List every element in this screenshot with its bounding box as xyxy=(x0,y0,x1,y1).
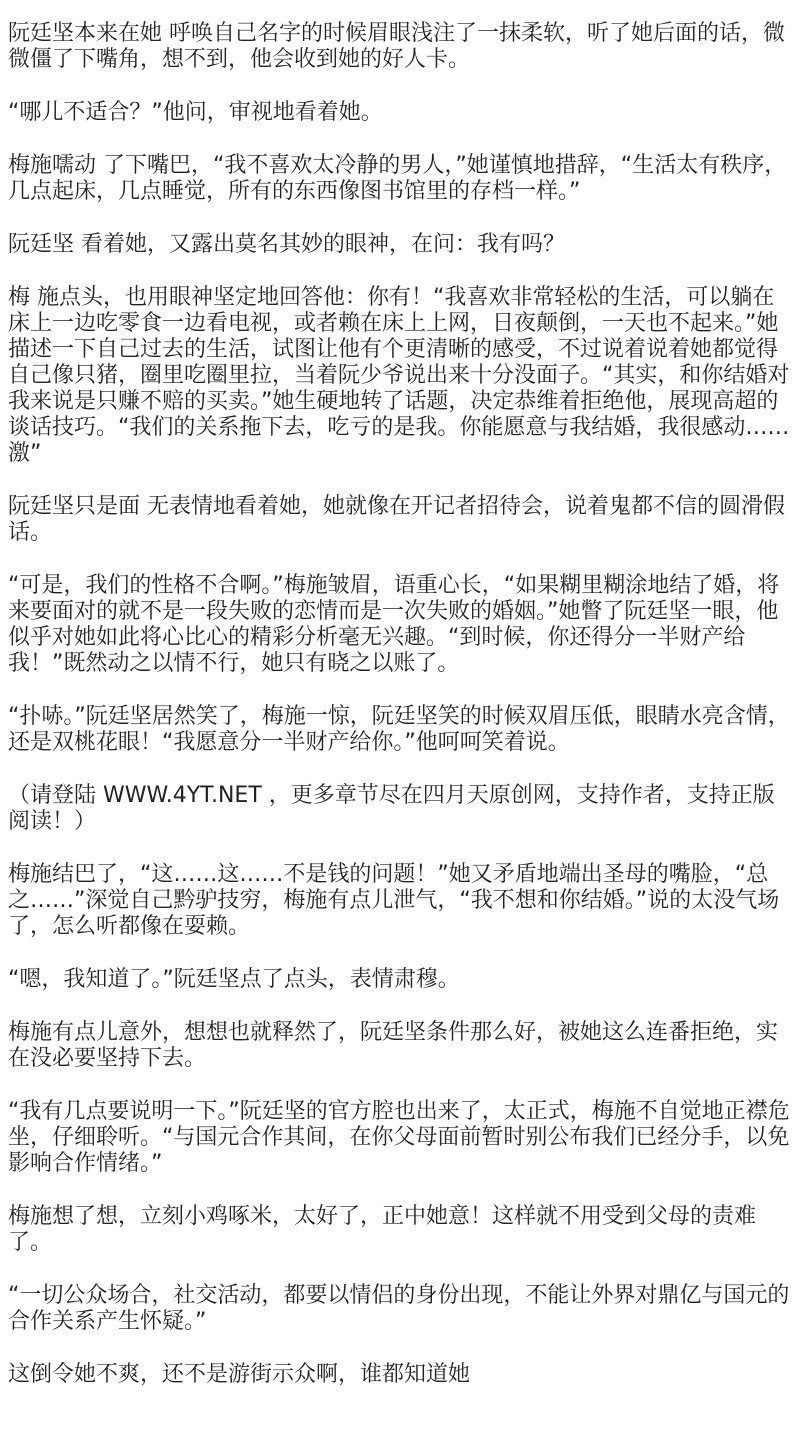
paragraph-4: 阮廷坚 看着她，又露出莫名其妙的眼神，在问：我有吗？ xyxy=(8,232,790,258)
paragraph-5: 梅 施点头，也用眼神坚定地回答他：你有！“我喜欢非常轻松的生活，可以躺在床上一边… xyxy=(8,285,790,467)
paragraph-16: 这倒令她不爽，还不是游街示众啊，谁都知道她 xyxy=(8,1362,790,1388)
paragraph-11: “嗯，我知道了。”阮廷坚点了点头，表情肃穆。 xyxy=(8,967,790,993)
paragraph-1: 阮廷坚本来在她 呼唤自己名字的时候眉眼浅注了一抹柔软，听了她后面的话，微微僵了下… xyxy=(8,21,790,73)
paragraph-12: 梅施有点儿意外，想想也就释然了，阮廷坚条件那么好，被她这么连番拒绝，实在没必要坚… xyxy=(8,1020,790,1072)
paragraph-8: “扑哧。”阮廷坚居然笑了，梅施一惊，阮廷坚笑的时候双眉压低，眼睛水亮含情，还是双… xyxy=(8,704,790,756)
paragraph-6: 阮廷坚只是面 无表情地看着她，她就像在开记者招待会，说着鬼都不信的圆滑假话。 xyxy=(8,494,790,546)
paragraph-15: “一切公众场合，社交活动，都要以情侣的身份出现，不能让外界对鼎亿与国元的合作关系… xyxy=(8,1283,790,1335)
paragraph-3: 梅施嚅动 了下嘴巴，“我不喜欢太冷静的男人，”她谨慎地措辞，“生活太有秩序，几点… xyxy=(8,153,790,205)
paragraph-13: “我有几点要说明一下。”阮廷坚的官方腔也出来了，太正式，梅施不自觉地正襟危坐，仔… xyxy=(8,1099,790,1177)
promo-notice-paragraph: （请登陆 WWW.4YT.NET ，更多章节尽在四月天原创网，支持作者，支持正版… xyxy=(8,783,790,835)
paragraph-14: 梅施想了想，立刻小鸡啄米，太好了，正中她意！这样就不用受到父母的责难了。 xyxy=(8,1204,790,1256)
paragraph-2: “哪儿不适合？”他问，审视地看着她。 xyxy=(8,100,790,126)
novel-page-text: 阮廷坚本来在她 呼唤自己名字的时候眉眼浅注了一抹柔软，听了她后面的话，微微僵了下… xyxy=(0,0,800,1388)
paragraph-10: 梅施结巴了，“这……这……不是钱的问题！”她又矛盾地端出圣母的嘴脸，“总之……”… xyxy=(8,862,790,940)
paragraph-7: “可是，我们的性格不合啊。”梅施皱眉，语重心长，“如果糊里糊涂地结了婚，将来要面… xyxy=(8,573,790,677)
